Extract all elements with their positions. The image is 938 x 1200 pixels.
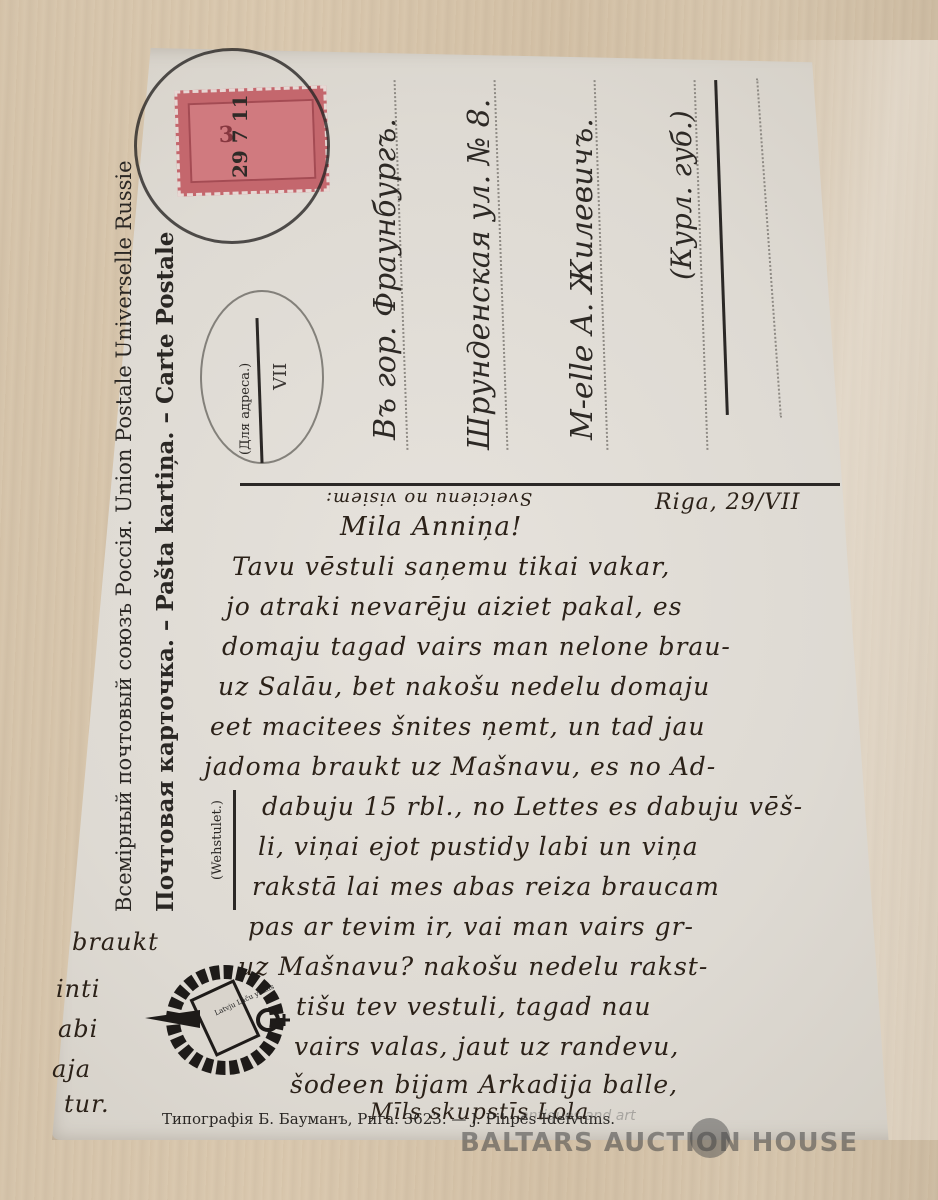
address-line-4: (Курл. губ.)	[665, 110, 698, 280]
margin-word: abi	[58, 1015, 98, 1043]
postmark-date: 29 7 11	[228, 94, 252, 178]
message-line: eet macitees šnites ņemt, un tad jau	[210, 712, 706, 741]
printed-header-line2: Почтовая карточка. – Pašta kartiņa. – Ca…	[152, 232, 179, 912]
divider-line	[240, 483, 840, 486]
address-line-1: Въ гор. Фраунбургъ.	[368, 118, 403, 440]
margin-word: tur.	[64, 1090, 110, 1118]
margin-word: aja	[52, 1055, 91, 1083]
message-line: jo atraki nevarēju aiziet pakal, es	[226, 592, 682, 621]
margin-word: braukt	[72, 928, 159, 956]
margin-word: inti	[56, 975, 100, 1003]
message-line: dabuju 15 rbl., no Lettes es dabuju vēš-	[262, 792, 803, 821]
message-line: rakstā lai mes abas reiza braucam	[252, 872, 720, 901]
printed-header-line1: Всемiрный почтовый союзъ Россiя. Union P…	[112, 160, 136, 912]
message-line: uz Mašnavu? nakošu nedelu rakst-	[238, 952, 708, 981]
watermark-title: BALTARS AUCTION HOUSE	[460, 1128, 858, 1158]
message-line: li, viņai ejot pustidy labi un viņa	[258, 832, 699, 861]
ink-seal: Latvju Lāču ylanis	[140, 958, 290, 1078]
message-line: domaju tagad vairs man nelone brau-	[222, 632, 731, 661]
message-line: vairs valas, jaut uz randevu,	[294, 1032, 679, 1061]
address-line-2: Шрунденская ул. № 8.	[462, 99, 497, 450]
message-date: Riga, 29/VII	[655, 490, 800, 515]
postmark-middle-text: VII	[270, 363, 291, 390]
message-line: uz Salāu, bet nakošu nedelu domaju	[218, 672, 710, 701]
message-greeting: Mila Anniņa!	[340, 512, 522, 542]
message-line: tišu tev vestuli, tagad nau	[296, 992, 652, 1021]
message-line: pas ar tevim ir, vai man vairs gr-	[248, 912, 694, 941]
address-line-3: М-elle А. Жилевичъ.	[565, 118, 600, 440]
wreath-seal-icon	[140, 958, 290, 1078]
address-note: (Для адреса.)	[238, 363, 253, 455]
watermark-subtitle: antiques and art	[520, 1108, 636, 1124]
message-rule	[233, 790, 236, 910]
message-line: jadoma braukt uz Mašnavu, es no Ad-	[204, 752, 716, 781]
message-line: šodeen bijam Arkadija balle,	[290, 1070, 678, 1099]
message-note: (Wehstulet.)	[210, 800, 225, 880]
upside-down-note: Sveicienu no visiem:	[325, 488, 532, 509]
message-line: Tavu vēstuli saņemu tikai vakar,	[232, 552, 670, 581]
